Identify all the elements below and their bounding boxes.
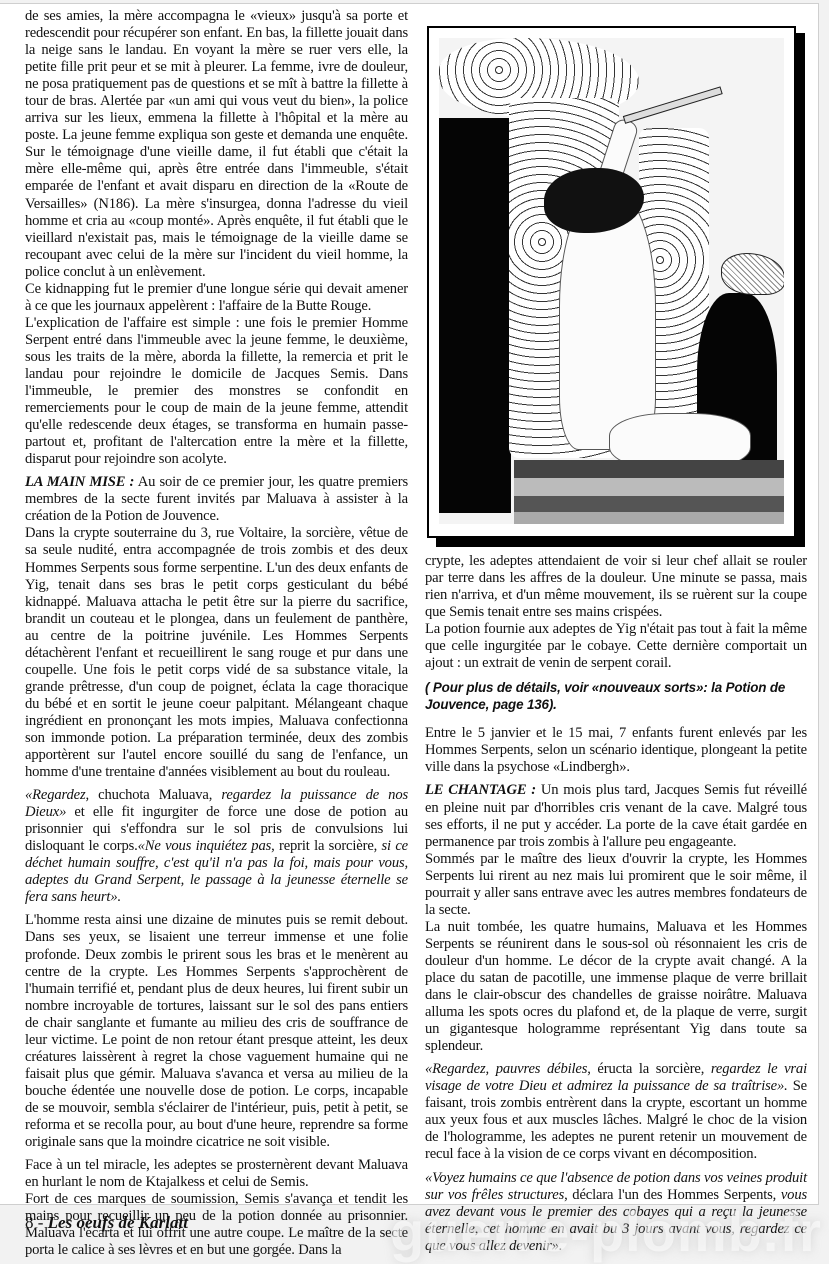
illustration-artwork xyxy=(439,38,784,524)
snake-man-head xyxy=(721,253,784,295)
section-la-main-mise: LA MAIN MISE : Au soir de ce premier jou… xyxy=(25,474,408,525)
paragraph: de ses amies, la mère accompagna le «vie… xyxy=(25,8,408,281)
section-heading: LA MAIN MISE : xyxy=(25,474,134,490)
dagger xyxy=(623,86,723,123)
page-footer: 8 - Les oeufs de Karlatt xyxy=(25,1213,188,1233)
paragraph: Dans la crypte souterraine du 3, rue Vol… xyxy=(25,525,408,781)
quote: «Ne vous inquiétez pas xyxy=(138,838,271,854)
paragraph: Face à un tel miracle, les adeptes se pr… xyxy=(25,1157,408,1191)
paragraph: Entre le 5 janvier et le 15 mai, 7 enfan… xyxy=(425,725,807,776)
right-column: crypte, les adeptes attendaient de voir … xyxy=(425,553,807,1245)
paragraph: L'homme resta ainsi une dizaine de minut… xyxy=(25,912,408,1151)
section-heading: LE CHANTAGE : xyxy=(425,782,536,798)
paragraph: Sommés par le maître des lieux d'ouvrir … xyxy=(425,851,807,919)
narration: , reprit la sorcière, xyxy=(271,838,381,854)
paragraph: L'explication de l'affaire est simple : … xyxy=(25,315,408,468)
narration: , déclara l'un des Hommes Serpents, xyxy=(564,1187,781,1203)
paragraph: Ce kidnapping fut le premier d'une longu… xyxy=(25,281,408,315)
quote-paragraph: «Voyez humains ce que l'absence de potio… xyxy=(425,1170,807,1246)
quote: «Regardez, pauvres débiles xyxy=(425,1061,587,1077)
quote-paragraph: «Regardez, pauvres débiles, éructa la so… xyxy=(425,1061,807,1163)
altar xyxy=(514,460,784,524)
quote-paragraph: «Regardez, chuchota Maluava, regardez la… xyxy=(25,787,408,906)
document-page: de ses amies, la mère accompagna le «vie… xyxy=(0,3,819,1205)
dark-curtain-left xyxy=(439,118,511,513)
paragraph: La potion fournie aux adeptes de Yig n'é… xyxy=(425,621,807,672)
book-title: Les oeufs de Karlatt xyxy=(48,1213,188,1232)
paragraph: La nuit tombée, les quatre humains, Malu… xyxy=(425,919,807,1055)
page-number: 8 - xyxy=(25,1213,43,1232)
illustration xyxy=(427,26,796,538)
section-le-chantage: LE CHANTAGE : Un mois plus tard, Jacques… xyxy=(425,782,807,850)
narration: chuchota Maluava, xyxy=(89,787,221,803)
narration: , éructa la sorcière, xyxy=(587,1061,711,1077)
cross-reference-note: ( Pour plus de détails, voir «nouveaux s… xyxy=(425,679,807,713)
left-column: de ses amies, la mère accompagna le «vie… xyxy=(25,8,408,1245)
paragraph: crypte, les adeptes attendaient de voir … xyxy=(425,553,807,621)
quote: «Regardez, xyxy=(25,787,89,803)
